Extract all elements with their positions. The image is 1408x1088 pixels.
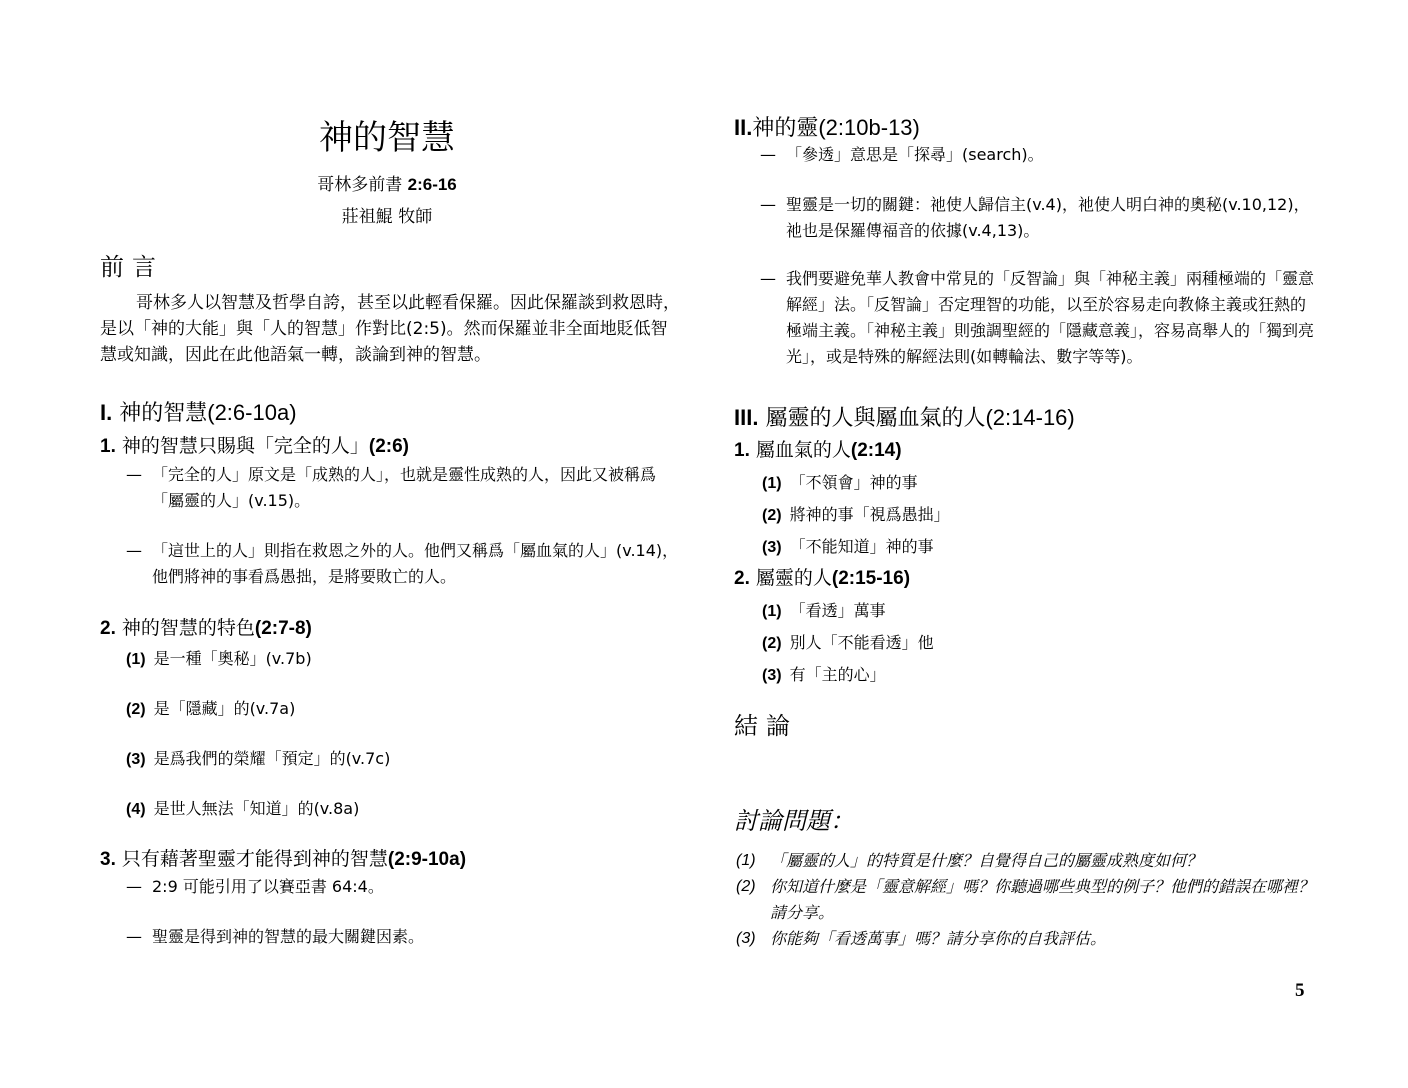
- scripture-reference: 哥林多前書 2:6-16: [0, 170, 774, 195]
- feature-item: (4)是世人無法「知道」的(v.8a): [126, 796, 359, 819]
- section-1-point-1: 1.神的智慧只賜與「完全的人」(2:6): [100, 431, 409, 458]
- page-title: 神的智慧: [0, 110, 774, 159]
- feature-item: (1)是一種「奧秘」(v.7b): [126, 646, 312, 669]
- section-1-heading: I. 神的智慧(2:6-10a): [100, 396, 297, 427]
- note-mature-person: — 「完全的人」原文是「成熟的人」，也就是靈性成熟的人，因此又被稱爲「屬靈的人」…: [126, 462, 686, 514]
- note-holy-spirit-key: — 聖靈是得到神的智慧的最大關鍵因素。: [126, 924, 686, 950]
- intro-heading: 前言: [100, 247, 164, 282]
- discussion-question: (1) 「屬靈的人」的特質是什麼？自覺得自己的屬靈成熟度如何？: [736, 848, 1316, 874]
- natural-person-item: (2)將神的事「視爲愚拙」: [762, 502, 950, 525]
- page-number: 5: [1295, 980, 1305, 1002]
- spiritual-person-item: (2)別人「不能看透」他: [762, 630, 934, 653]
- section-3-point-1: 1.屬血氣的人(2:14): [734, 435, 902, 462]
- dash-marker: —: [126, 874, 142, 900]
- dash-marker: —: [126, 462, 142, 488]
- note-spirit-key: — 聖靈是一切的關鍵：祂使人歸信主(v.4)，祂使人明白神的奧秘(v.10,12…: [760, 192, 1320, 244]
- section-1-point-3: 3.只有藉著聖靈才能得到神的智慧(2:9-10a): [100, 844, 466, 871]
- author: 莊祖鯤 牧師: [0, 202, 774, 227]
- natural-person-item: (1)「不領會」神的事: [762, 470, 918, 493]
- section-2-heading: II.神的靈(2:10b-13): [734, 111, 920, 142]
- conclusion-heading: 結論: [734, 706, 798, 741]
- natural-person-item: (3)「不能知道」神的事: [762, 534, 934, 557]
- section-3-heading: III. 屬靈的人與屬血氣的人(2:14-16): [734, 401, 1075, 432]
- spiritual-person-item: (3)有「主的心」: [762, 662, 886, 685]
- dash-marker: —: [760, 192, 776, 218]
- dash-marker: —: [126, 924, 142, 950]
- feature-item: (2)是「隱藏」的(v.7a): [126, 696, 295, 719]
- dash-marker: —: [760, 266, 776, 292]
- scripture-verses: 2:6-16: [408, 175, 457, 194]
- section-1-point-2: 2.神的智慧的特色(2:7-8): [100, 613, 312, 640]
- dash-marker: —: [760, 142, 776, 168]
- intro-paragraph: 哥林多人以智慧及哲學自誇，甚至以此輕看保羅。因此保羅談到救恩時，是以「神的大能」…: [100, 290, 680, 368]
- discussion-heading: 討論問題：: [734, 801, 854, 836]
- spiritual-person-item: (1)「看透」萬事: [762, 598, 886, 621]
- note-interpretation-warning: — 我們要避免華人教會中常見的「反智論」與「神秘主義」兩種極端的「靈意解經」法。…: [760, 266, 1320, 370]
- note-search-meaning: — 「參透」意思是「探尋」(search)。: [760, 142, 1320, 168]
- section-3-point-2: 2.屬靈的人(2:15-16): [734, 563, 910, 590]
- note-isaiah-quote: — 2:9 可能引用了以賽亞書 64:4。: [126, 874, 686, 900]
- discussion-question: (2) 你知道什麼是「靈意解經」嗎？你聽過哪些典型的例子？他們的錯誤在哪裡？請分…: [736, 874, 1316, 926]
- scripture-book: 哥林多前書: [317, 175, 402, 195]
- note-worldly-person: — 「這世上的人」則指在救恩之外的人。他們又稱爲「屬血氣的人」(v.14)，他們…: [126, 538, 686, 590]
- discussion-question: (3) 你能夠「看透萬事」嗎？請分享你的自我評估。: [736, 926, 1316, 952]
- dash-marker: —: [126, 538, 142, 564]
- feature-item: (3)是爲我們的榮耀「預定」的(v.7c): [126, 746, 390, 769]
